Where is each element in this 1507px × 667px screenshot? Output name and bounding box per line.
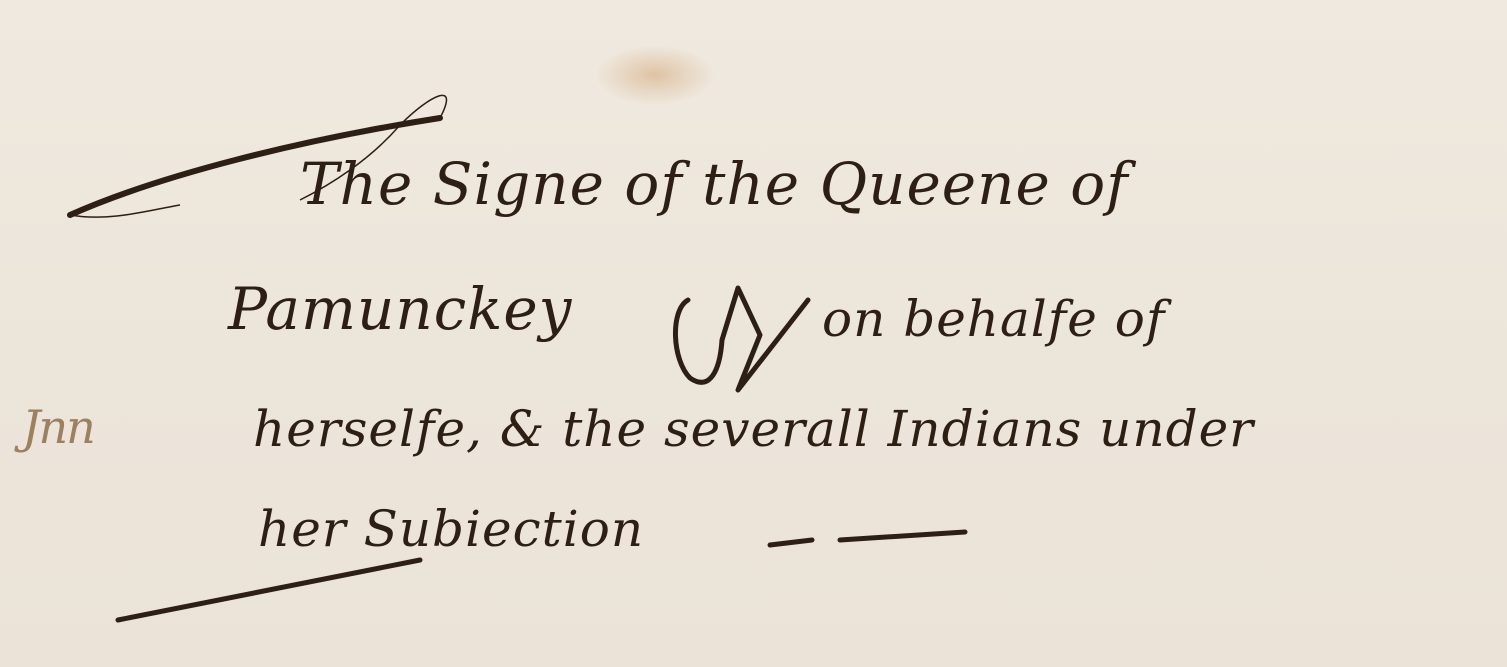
text-line-3: herselfe, & the severall Indians under	[253, 400, 1254, 458]
queens-mark	[675, 288, 808, 390]
text-line-2-name: Pamunckey	[228, 275, 572, 343]
text-line-1: The Signe of the Queene of	[300, 150, 1129, 218]
text-line-4: her Subiection	[258, 500, 644, 558]
pen-flourishes	[0, 0, 1507, 667]
text-line-2-cont: on behalfe of	[822, 290, 1165, 348]
margin-annotation: Jnn	[22, 400, 94, 454]
manuscript-page: Jnn The Signe of the Queene of Pamunckey…	[0, 0, 1507, 667]
